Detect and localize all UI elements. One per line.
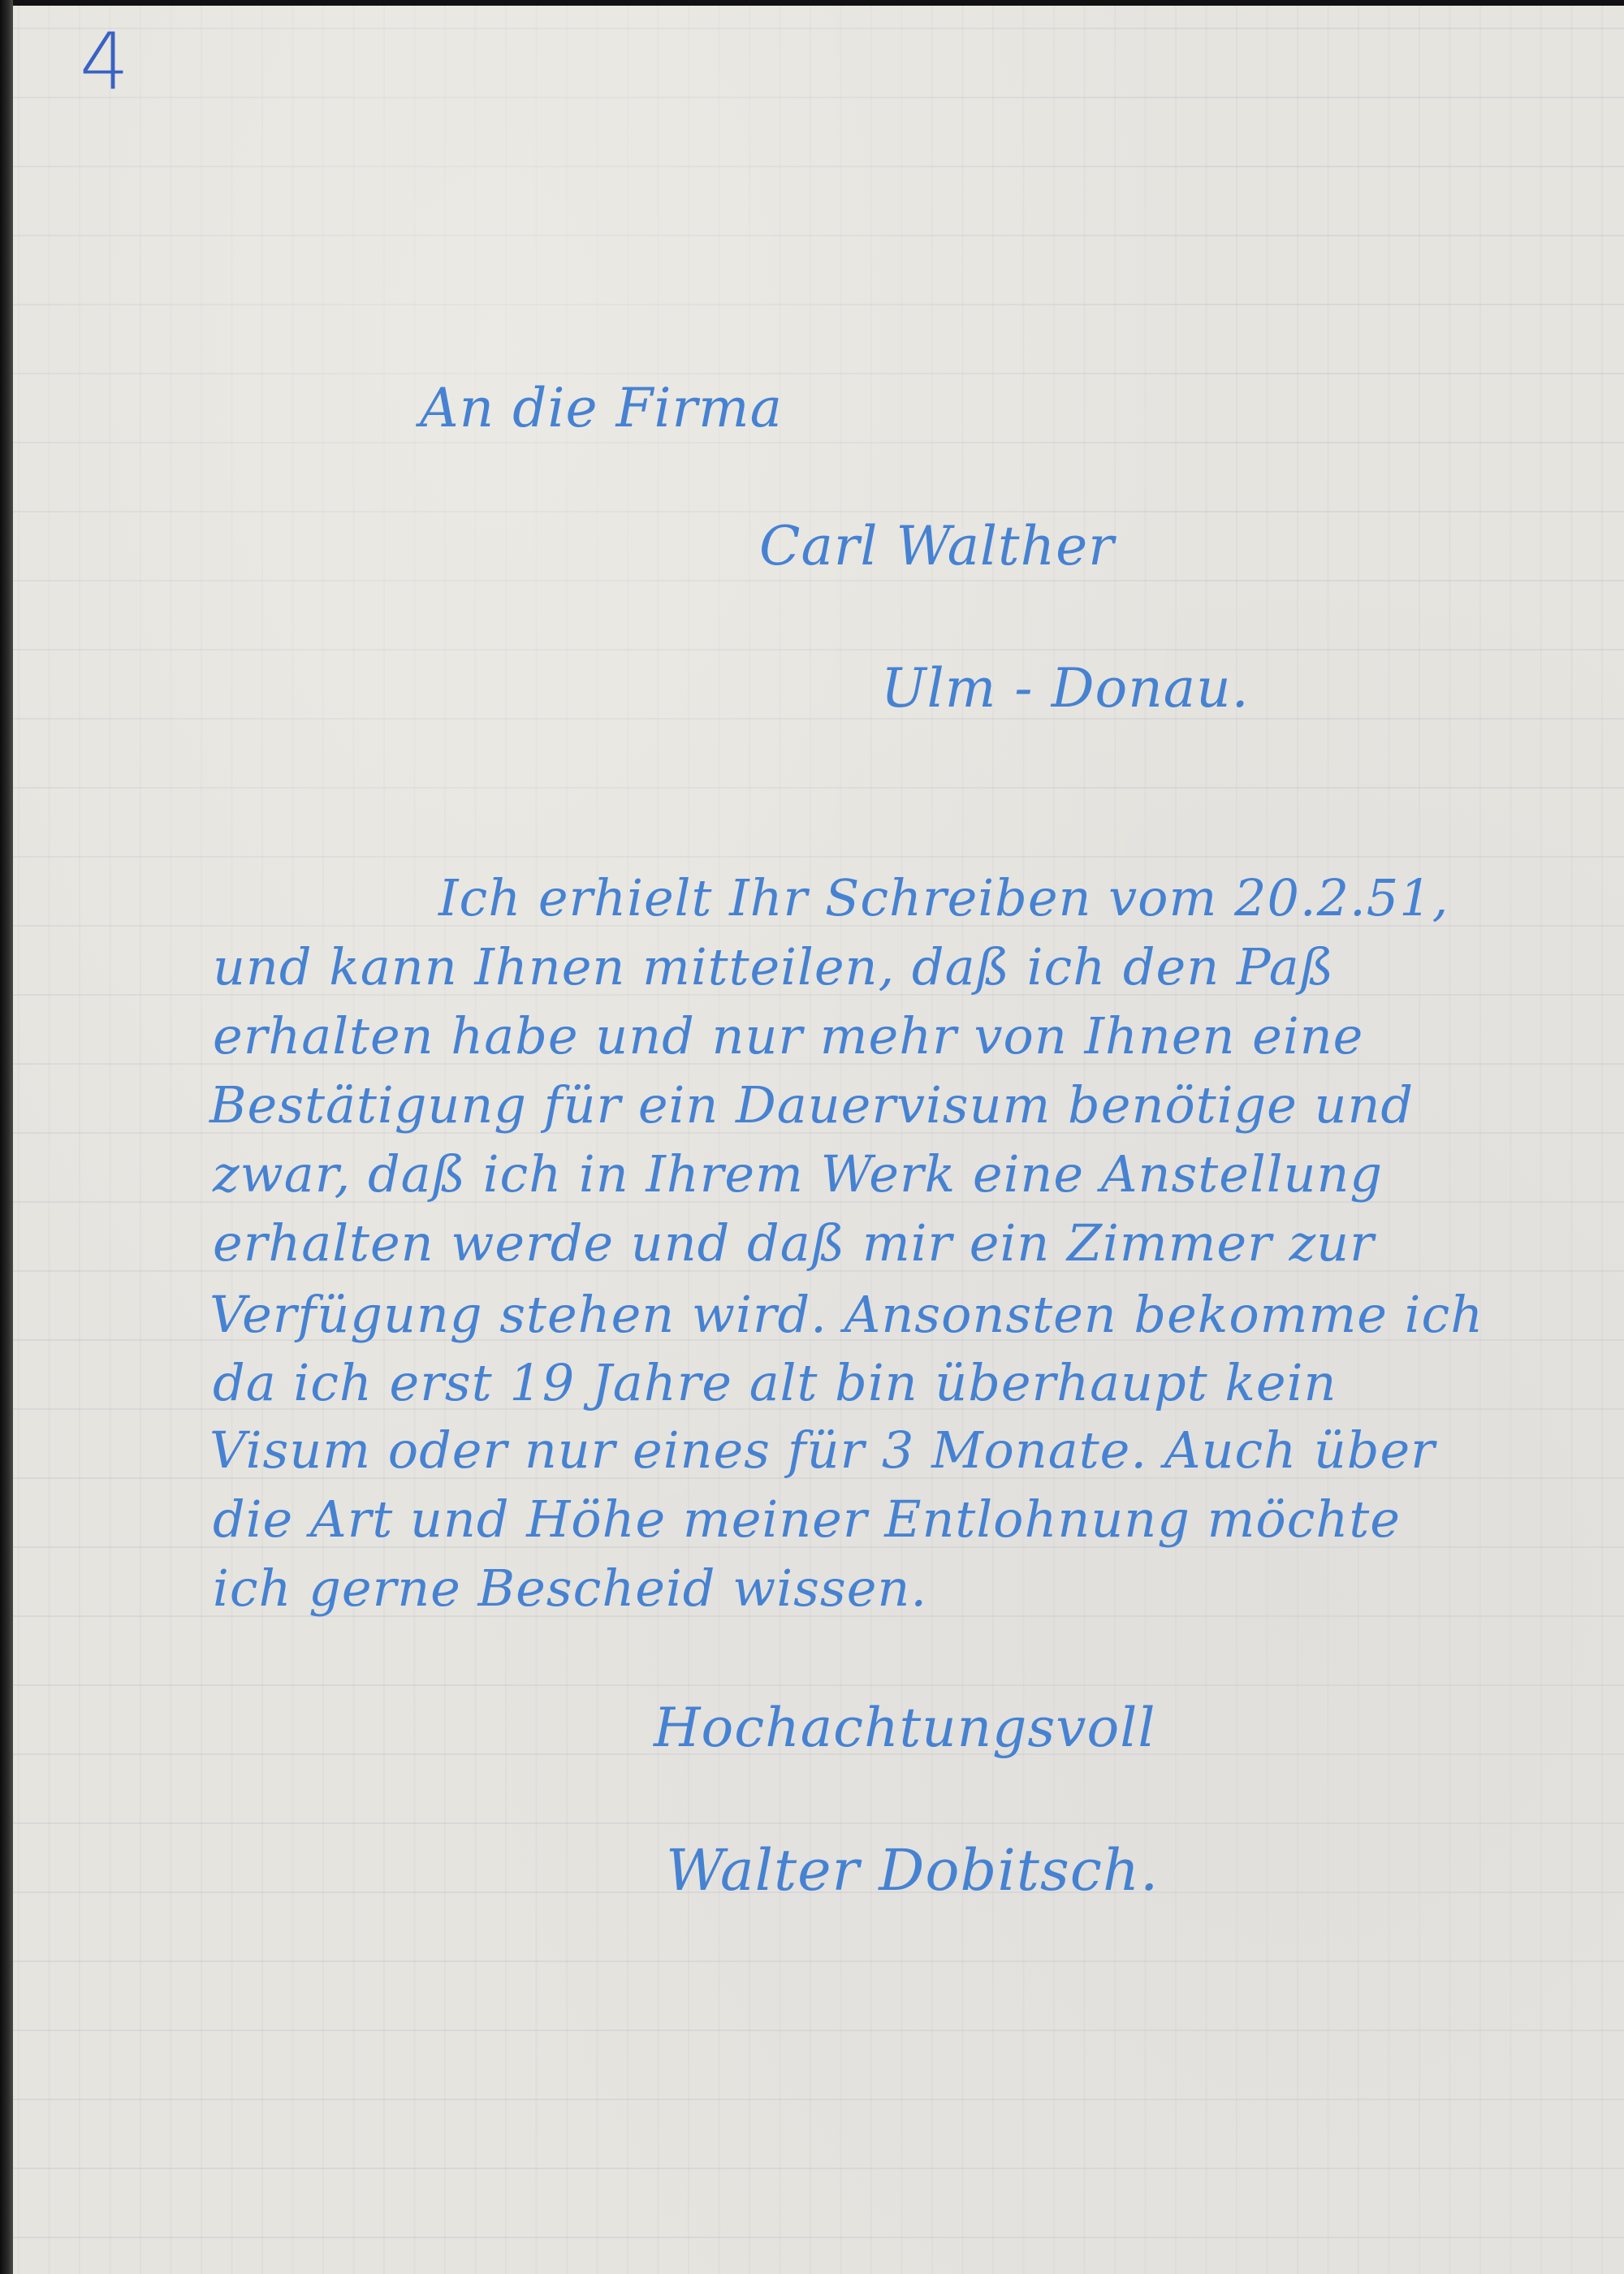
scan-edge-left <box>0 0 13 2274</box>
letter-sheet <box>13 6 1624 2274</box>
scan-edge-top <box>0 0 1624 6</box>
body-line: erhalten werde und daß mir ein Zimmer zu… <box>213 1218 1375 1269</box>
body-line: ich gerne Bescheid wissen. <box>213 1563 927 1614</box>
body-line: erhalten habe und nur mehr von Ihnen ein… <box>213 1011 1363 1061</box>
page-number: 4 <box>80 23 130 101</box>
signature: Walter Dobitsch. <box>666 1842 1159 1899</box>
body-line: Visum oder nur eines für 3 Monate. Auch … <box>209 1425 1436 1476</box>
recipient-line-city: Ulm - Donau. <box>881 662 1250 715</box>
body-line: Bestätigung für ein Dauervisum benötige … <box>209 1080 1414 1131</box>
recipient-line-company: Carl Walther <box>759 520 1115 573</box>
body-line: da ich erst 19 Jahre alt bin überhaupt k… <box>213 1358 1337 1408</box>
body-line: Verfügung stehen wird. Ansonsten bekomme… <box>209 1290 1484 1340</box>
body-line: und kann Ihnen mitteilen, daß ich den Pa… <box>213 942 1334 992</box>
body-line: Ich erhielt Ihr Schreiben vom 20.2.51, <box>438 873 1449 923</box>
body-line: die Art und Höhe meiner Entlohnung möcht… <box>213 1494 1401 1545</box>
closing-salutation: Hochachtungsvoll <box>654 1701 1155 1755</box>
body-line: zwar, daß ich in Ihrem Werk eine Anstell… <box>213 1149 1383 1200</box>
recipient-line-salutation: An die Firma <box>420 382 783 435</box>
